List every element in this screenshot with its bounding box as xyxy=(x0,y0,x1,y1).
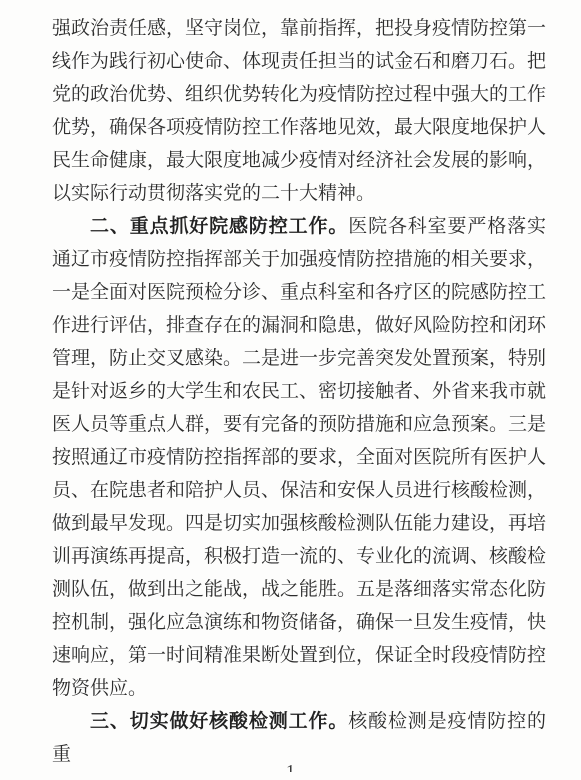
section-2-heading: 二、重点抓好院感防控工作。 xyxy=(90,216,348,237)
paragraph-continuation: 强政治责任感，坚守岗位，靠前指挥，把投身疫情防控第一线作为践行初心使命、体现责任… xyxy=(52,12,546,210)
paragraph-section-3: 三、切实做好核酸检测工作。核酸检测是疫情防控的重 xyxy=(52,705,546,771)
section-3-heading: 三、切实做好核酸检测工作。 xyxy=(90,711,348,732)
section-2-body: 医院各科室要严格落实通辽市疫情防控指挥部关于加强疫情防控措施的相关要求，一是全面… xyxy=(52,216,546,699)
paragraph-continuation-text: 强政治责任感，坚守岗位，靠前指挥，把投身疫情防控第一线作为践行初心使命、体现责任… xyxy=(52,18,546,204)
paragraph-section-2: 二、重点抓好院感防控工作。医院各科室要严格落实通辽市疫情防控指挥部关于加强疫情防… xyxy=(52,210,546,705)
scanned-document-screenshot: { "document": { "language": "zh-CN", "ki… xyxy=(0,0,581,780)
document-body-text: 强政治责任感，坚守岗位，靠前指挥，把投身疫情防控第一线作为践行初心使命、体现责任… xyxy=(52,12,546,771)
document-page: 强政治责任感，坚守岗位，靠前指挥，把投身疫情防控第一线作为践行初心使命、体现责任… xyxy=(0,0,581,780)
